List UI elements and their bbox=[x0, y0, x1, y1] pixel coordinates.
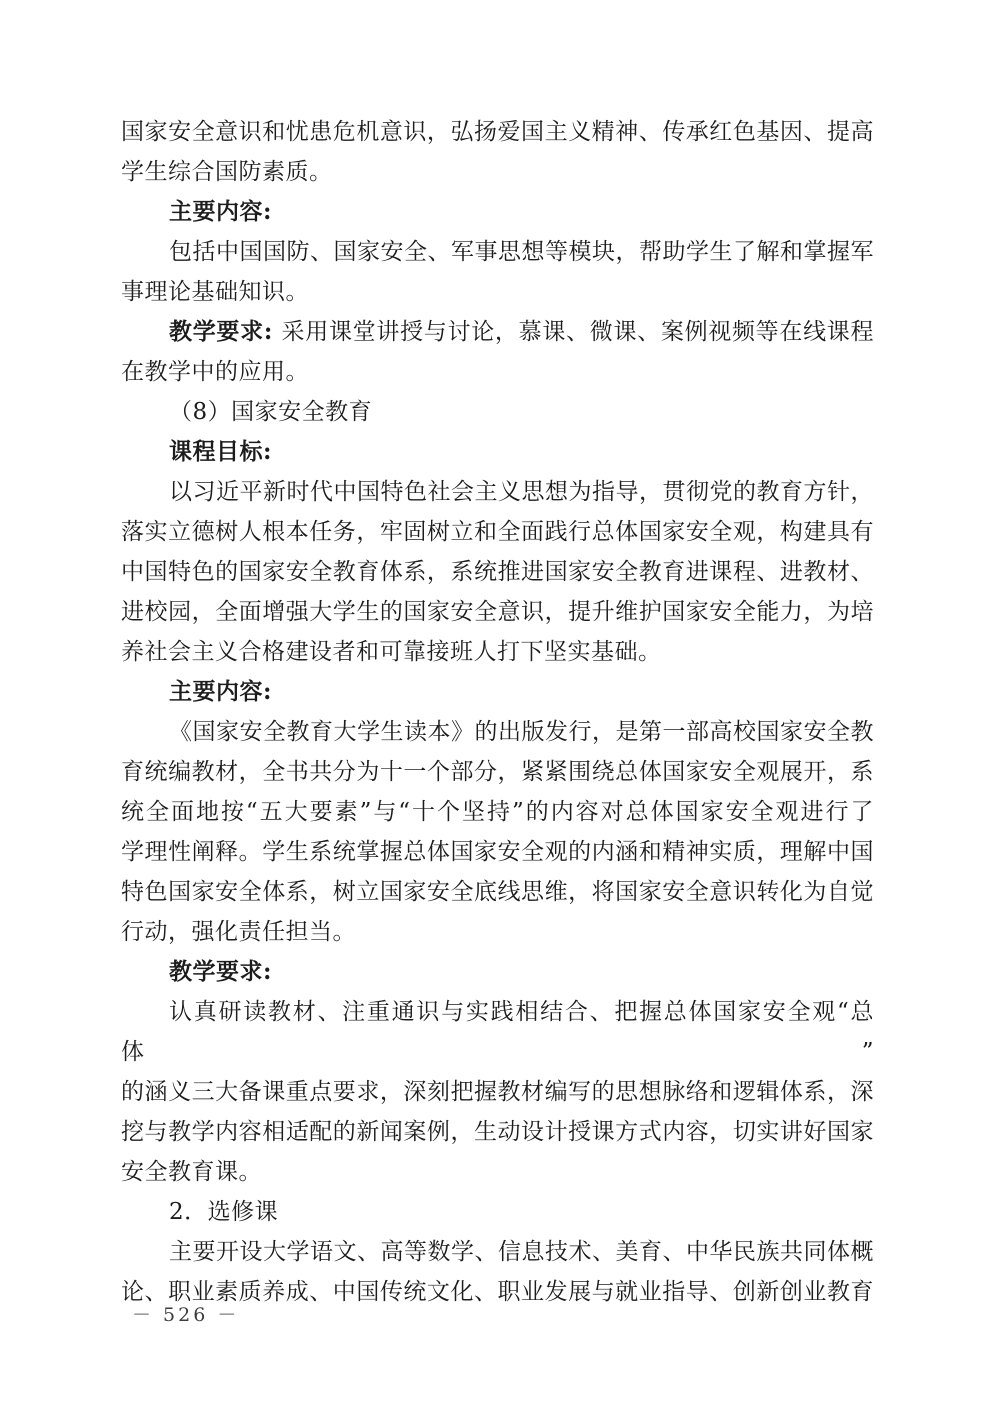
text-run: 2．选修课 bbox=[169, 1199, 278, 1225]
text-line: 包括中国国防、国家安全、军事思想等模块，帮助学生了解和掌握军 bbox=[121, 232, 874, 272]
text-line: 育统编教材，全书共分为十一个部分，紧紧围绕总体国家安全观展开，系 bbox=[121, 752, 874, 792]
text-run: 学理性阐释。学生系统掌握总体国家安全观的内涵和精神实质，理解中国 bbox=[121, 839, 874, 865]
text-line: 学生综合国防素质。 bbox=[121, 152, 874, 192]
document-page: 国家安全意识和忧患危机意识，弘扬爱国主义精神、传承红色基因、提高学生综合国防素质… bbox=[0, 0, 1000, 1414]
text-line: 教学要求: 采用课堂讲授与讨论，慕课、微课、案例视频等在线课程 bbox=[121, 312, 874, 352]
text-run: 《国家安全教育大学生读本》的出版发行，是第一部高校国家安全教 bbox=[169, 719, 874, 745]
text-line: 主要内容: bbox=[121, 192, 874, 232]
text-line: 挖与教学内容相适配的新闻案例，生动设计授课方式内容，切实讲好国家 bbox=[121, 1112, 874, 1152]
text-line: 进校园，全面增强大学生的国家安全意识，提升维护国家安全能力，为培 bbox=[121, 592, 874, 632]
text-line: 学理性阐释。学生系统掌握总体国家安全观的内涵和精神实质，理解中国 bbox=[121, 832, 874, 872]
text-line: 的涵义三大备课重点要求，深刻把握教材编写的思想脉络和逻辑体系，深 bbox=[121, 1072, 874, 1112]
text-line: 以习近平新时代中国特色社会主义思想为指导，贯彻党的教育方针， bbox=[121, 472, 874, 512]
page-number: － 526 － bbox=[132, 1300, 239, 1327]
text-line: 安全教育课。 bbox=[121, 1152, 874, 1192]
bold-heading-run: 主要内容: bbox=[169, 678, 272, 705]
text-run: 在教学中的应用。 bbox=[121, 359, 309, 385]
text-line: 中国特色的国家安全教育体系，系统推进国家安全教育进课程、进教材、 bbox=[121, 552, 874, 592]
text-run: 中国特色的国家安全教育体系，系统推进国家安全教育进课程、进教材、 bbox=[121, 559, 874, 585]
text-run: 进校园，全面增强大学生的国家安全意识，提升维护国家安全能力，为培 bbox=[121, 599, 874, 625]
bold-heading-run: 教学要求: bbox=[169, 318, 282, 345]
text-run: 以习近平新时代中国特色社会主义思想为指导，贯彻党的教育方针， bbox=[169, 479, 874, 505]
text-line: 落实立德树人根本任务，牢固树立和全面践行总体国家安全观，构建具有 bbox=[121, 512, 874, 552]
text-line: 认真研读教材、注重通识与实践相结合、把握总体国家安全观“总体” bbox=[121, 992, 874, 1072]
text-run: 特色国家安全体系，树立国家安全底线思维，将国家安全意识转化为自觉 bbox=[121, 879, 874, 905]
text-line: 教学要求: bbox=[121, 952, 874, 992]
bold-heading-run: 教学要求: bbox=[169, 958, 272, 985]
text-run: 养社会主义合格建设者和可靠接班人打下坚实基础。 bbox=[121, 639, 662, 665]
text-run: 育统编教材，全书共分为十一个部分，紧紧围绕总体国家安全观展开，系 bbox=[121, 759, 874, 785]
text-run: 的涵义三大备课重点要求，深刻把握教材编写的思想脉络和逻辑体系，深 bbox=[121, 1079, 874, 1105]
text-line: 国家安全意识和忧患危机意识，弘扬爱国主义精神、传承红色基因、提高 bbox=[121, 112, 874, 152]
text-line: 事理论基础知识。 bbox=[121, 272, 874, 312]
text-line: 特色国家安全体系，树立国家安全底线思维，将国家安全意识转化为自觉 bbox=[121, 872, 874, 912]
text-run: 安全教育课。 bbox=[121, 1159, 262, 1185]
text-line: 主要内容: bbox=[121, 672, 874, 712]
text-run: 学生综合国防素质。 bbox=[121, 159, 333, 185]
text-line: 统全面地按“五大要素”与“十个坚持”的内容对总体国家安全观进行了 bbox=[121, 792, 874, 832]
text-run: 认真研读教材、注重通识与实践相结合、把握总体国家安全观“总体” bbox=[121, 999, 874, 1065]
text-line: 养社会主义合格建设者和可靠接班人打下坚实基础。 bbox=[121, 632, 874, 672]
text-line: 2．选修课 bbox=[121, 1192, 874, 1232]
text-run: 行动，强化责任担当。 bbox=[121, 919, 356, 945]
text-line: 《国家安全教育大学生读本》的出版发行，是第一部高校国家安全教 bbox=[121, 712, 874, 752]
text-run: （8）国家安全教育 bbox=[169, 399, 372, 425]
text-run: 包括中国国防、国家安全、军事思想等模块，帮助学生了解和掌握军 bbox=[169, 239, 874, 265]
bold-heading-run: 主要内容: bbox=[169, 198, 272, 225]
text-line: 课程目标: bbox=[121, 432, 874, 472]
text-line: （8）国家安全教育 bbox=[121, 392, 874, 432]
bold-heading-run: 课程目标: bbox=[169, 438, 272, 465]
text-line: 行动，强化责任担当。 bbox=[121, 912, 874, 952]
text-run: 采用课堂讲授与讨论，慕课、微课、案例视频等在线课程 bbox=[282, 319, 874, 345]
document-body: 国家安全意识和忧患危机意识，弘扬爱国主义精神、传承红色基因、提高学生综合国防素质… bbox=[121, 112, 874, 1312]
text-line: 在教学中的应用。 bbox=[121, 352, 874, 392]
text-run: 国家安全意识和忧患危机意识，弘扬爱国主义精神、传承红色基因、提高 bbox=[121, 119, 874, 145]
text-run: 统全面地按“五大要素”与“十个坚持”的内容对总体国家安全观进行了 bbox=[121, 799, 874, 825]
text-run: 挖与教学内容相适配的新闻案例，生动设计授课方式内容，切实讲好国家 bbox=[121, 1119, 874, 1145]
text-run: 事理论基础知识。 bbox=[121, 279, 309, 305]
text-run: 落实立德树人根本任务，牢固树立和全面践行总体国家安全观，构建具有 bbox=[121, 519, 874, 545]
text-line: 主要开设大学语文、高等数学、信息技术、美育、中华民族共同体概 bbox=[121, 1232, 874, 1272]
text-run: 主要开设大学语文、高等数学、信息技术、美育、中华民族共同体概 bbox=[169, 1239, 874, 1265]
